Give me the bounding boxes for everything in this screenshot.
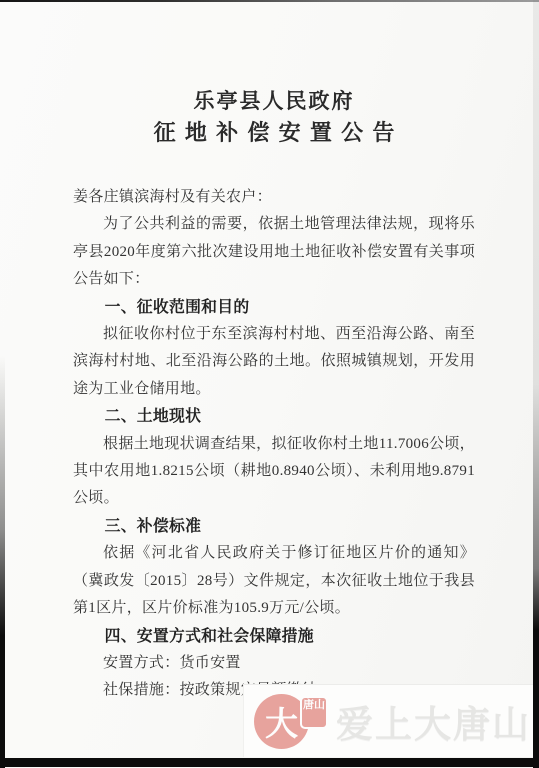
- scan-edge-bottom: [0, 758, 539, 767]
- document-title: 征地补偿安置公告: [73, 119, 475, 147]
- resettlement-method-line: 安置方式：货币安置: [73, 650, 475, 677]
- watermark-text: 爱上大唐山: [336, 694, 531, 748]
- watermark-banner: 大 唐山 爱上大唐山: [243, 684, 539, 757]
- section-2-body: 根据土地现状调查结果，拟征收你村土地11.7006公顷，其中农用地1.8215公…: [73, 431, 475, 513]
- salutation: 姜各庄镇滨海村及有关农户：: [73, 184, 475, 211]
- datangshan-badge-icon: 大 唐山: [254, 689, 334, 753]
- announcement-document: 乐亭县人民政府 征地补偿安置公告 姜各庄镇滨海村及有关农户： 为了公共利益的需要…: [73, 0, 475, 705]
- section-3-body: 依据《河北省人民政府关于修订征地区片价的通知》（冀政发〔2015〕28号）文件规…: [73, 540, 475, 622]
- section-4-heading: 四、安置方式和社会保障措施: [73, 623, 475, 650]
- scanned-document-page: 乐亭县人民政府 征地补偿安置公告 姜各庄镇滨海村及有关农户： 为了公共利益的需要…: [0, 0, 539, 768]
- section-1-body: 拟征收你村位于东至滨海村村地、西至沿海公路、南至滨海村村地、北至沿海公路的土地。…: [73, 321, 475, 403]
- section-3-heading: 三、补偿标准: [73, 513, 475, 540]
- section-1-heading: 一、征收范围和目的: [73, 294, 475, 321]
- scan-edge-left: [0, 355, 5, 768]
- issuing-authority-title: 乐亭县人民政府: [73, 88, 475, 114]
- scan-edge-top: [0, 0, 539, 2]
- scan-edge-right: [533, 0, 539, 768]
- section-2-heading: 二、土地现状: [73, 403, 475, 430]
- badge-box-icon: 唐山: [300, 696, 328, 729]
- intro-paragraph: 为了公共利益的需要，依据土地管理法律法规，现将乐亭县2020年度第六批次建设用地…: [73, 211, 475, 293]
